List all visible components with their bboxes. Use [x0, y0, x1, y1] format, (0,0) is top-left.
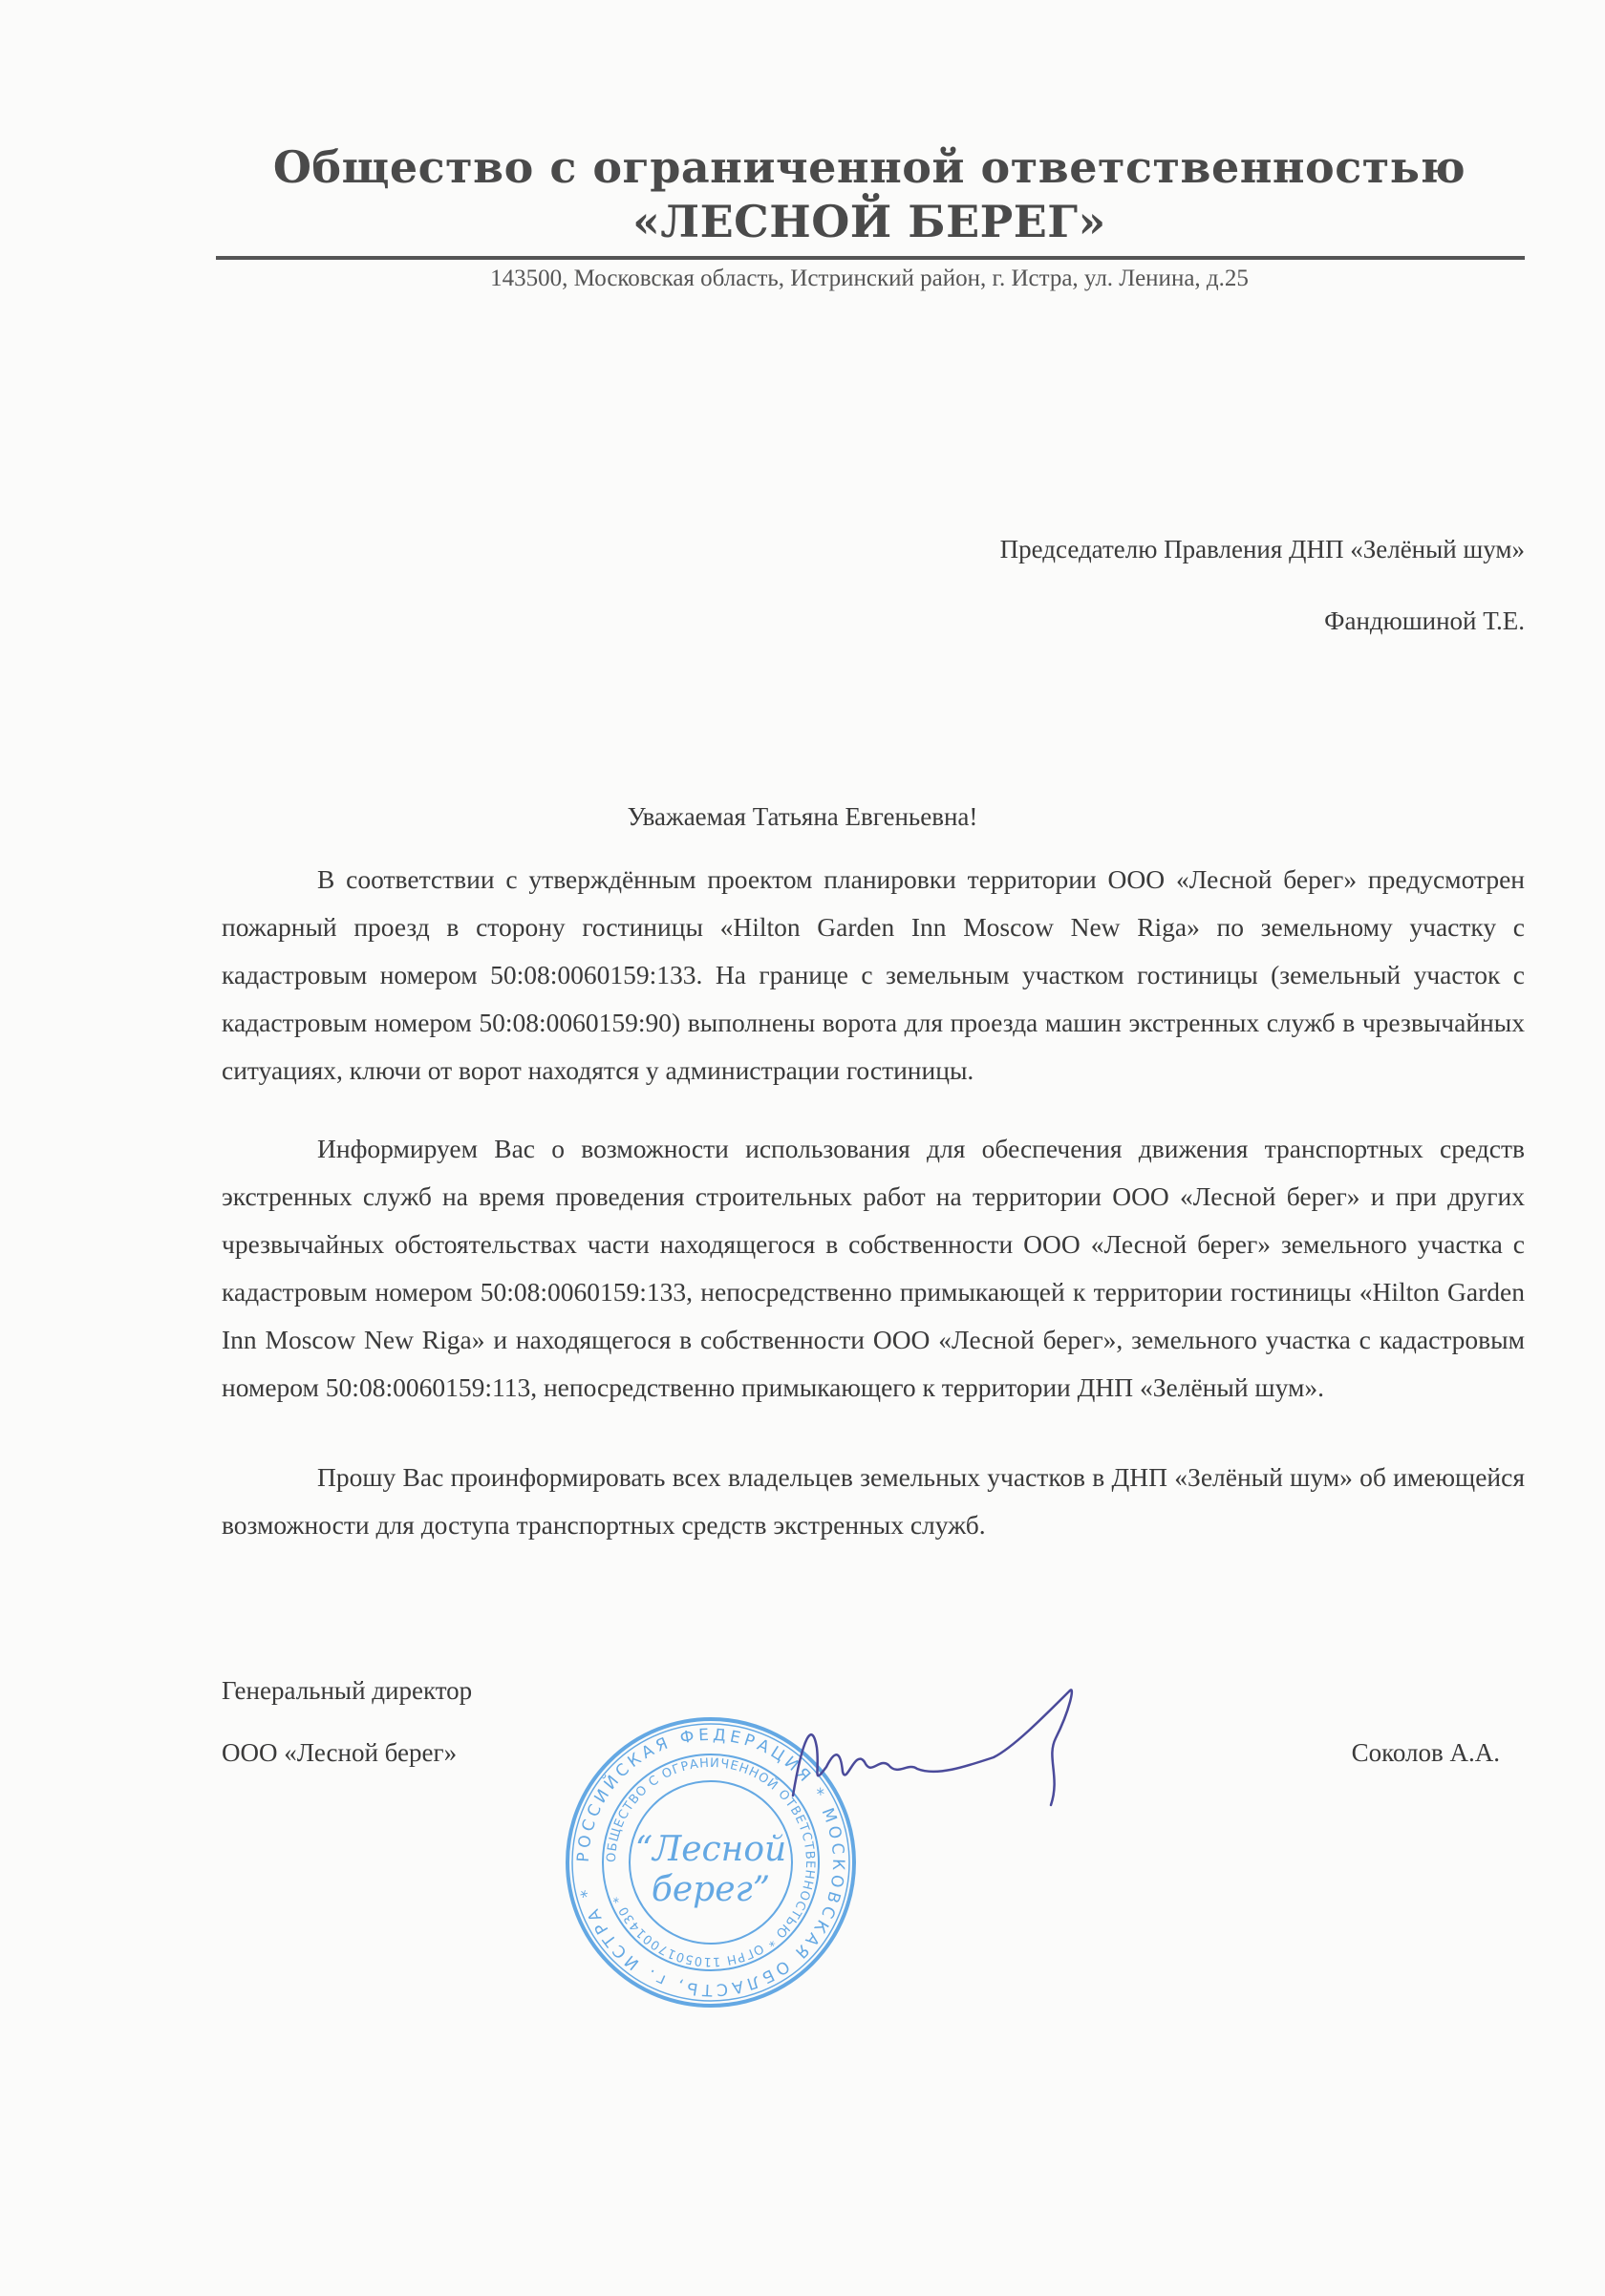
salutation: Уважаемая Татьяна Евгеньевна!	[0, 802, 1605, 832]
stamp-center-line2: берег”	[652, 1870, 770, 1909]
addressee-position: Председателю Правления ДНП «Зелёный шум»	[1000, 535, 1525, 564]
body-paragraph: В соответствии с утверждённым проектом п…	[222, 856, 1525, 1095]
signatory-name: Соколов А.А.	[1352, 1738, 1500, 1768]
stamp-center-line1: “Лесной	[635, 1830, 786, 1869]
letterhead-address: 143500, Московская область, Истринский р…	[210, 266, 1529, 292]
signatory-organization: ООО «Лесной берег»	[222, 1738, 457, 1768]
handwritten-signature-icon	[783, 1681, 1146, 1815]
letterhead-company-name: «ЛЕСНОЙ БЕРЕГ»	[210, 196, 1529, 247]
body-paragraph: Прошу Вас проинформировать всех владельц…	[222, 1454, 1525, 1549]
letterhead-company-type: Общество с ограниченной ответственностью	[210, 141, 1529, 193]
letterhead-divider	[216, 256, 1525, 260]
letter-page: Общество с ограниченной ответственностью…	[0, 0, 1605, 2296]
body-paragraph: Информируем Вас о возможности использова…	[222, 1125, 1525, 1412]
addressee-name: Фандюшиной Т.Е.	[1324, 606, 1525, 636]
signatory-title: Генеральный директор	[222, 1676, 472, 1706]
